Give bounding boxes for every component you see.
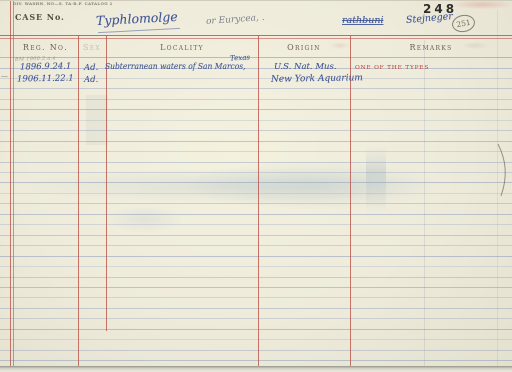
ruled-line	[0, 99, 512, 100]
red-smudge	[452, 0, 512, 9]
row2-margin-mark: —	[1, 72, 8, 80]
row1-locality: Subterranean waters of San Marcos,	[105, 62, 246, 71]
column-line-remarks	[350, 35, 351, 366]
margin-line-1	[10, 0, 11, 366]
ruled-line	[0, 318, 512, 319]
ruled-line	[0, 350, 512, 351]
ruled-line	[0, 329, 512, 330]
ruled-line	[0, 256, 512, 257]
row2-reg-no: 1906.11.22.1	[17, 74, 74, 85]
ruled-line	[0, 151, 512, 152]
faint-vertical-line	[424, 40, 425, 366]
row1-remarks: ONE OF THE TYPES	[355, 65, 429, 71]
ruled-line	[0, 339, 512, 340]
row2-sex: Ad.	[84, 75, 98, 85]
ruled-line	[0, 308, 512, 309]
header-reg-no: Reg. No.	[13, 43, 78, 52]
card-top-edge	[0, 0, 512, 1]
header-sex: Sex	[78, 43, 106, 52]
card-bottom-edge	[0, 366, 512, 372]
header-origin: Origin	[258, 43, 350, 52]
ruled-line	[0, 235, 512, 236]
column-line-sex	[78, 35, 79, 366]
ruled-line	[0, 224, 512, 225]
ruled-line	[0, 68, 512, 69]
genus-entry: Typhlomolge	[96, 9, 178, 28]
ruled-line	[0, 141, 512, 142]
ruled-line	[0, 172, 512, 173]
ruled-line	[0, 266, 512, 267]
ruled-line	[0, 193, 512, 194]
species-entry: rathbuni	[342, 15, 384, 26]
catalog-card: DIV. WASHN. NO—S. TA-R.F. CATALOG 2 CASE…	[0, 0, 512, 372]
ruled-line	[0, 203, 512, 204]
ruled-line	[0, 297, 512, 298]
circled-number-value: 251	[456, 18, 472, 29]
ruled-line	[0, 277, 512, 278]
ruled-line	[0, 78, 512, 79]
ruled-line	[0, 287, 512, 288]
author-entry: Stejneger	[406, 11, 454, 26]
column-line-origin	[258, 35, 259, 366]
ruled-line	[0, 120, 512, 121]
hair-mark	[492, 142, 512, 198]
stain	[105, 205, 185, 233]
genus-alt-entry: or Eurycea, .	[206, 13, 265, 27]
circled-number: 251	[451, 13, 477, 34]
printed-form-header: DIV. WASHN. NO—S. TA-R.F. CATALOG 2	[13, 1, 113, 6]
red-rule-top	[0, 35, 512, 36]
header-locality: Locality	[106, 43, 258, 52]
red-rule-top-2	[0, 38, 512, 39]
row1-reg-no: 1896.9.24.1	[20, 62, 72, 73]
ruled-line	[0, 214, 512, 215]
header-remarks: Remarks	[350, 43, 512, 52]
row1-locality-state: Texas	[230, 53, 250, 62]
case-no-label: CASE No.	[15, 12, 65, 22]
row1-sex: Ad.	[84, 63, 98, 73]
header-bottom-line	[0, 57, 512, 58]
genus-underline	[98, 28, 180, 33]
column-line-locality	[106, 35, 107, 331]
ruled-line	[0, 88, 512, 89]
ruled-line	[0, 109, 512, 110]
ruled-line	[0, 182, 512, 183]
ruled-line	[0, 162, 512, 163]
ruled-line	[0, 130, 512, 131]
margin-line-2	[13, 0, 14, 366]
row2-origin: New York Aquarium	[271, 73, 363, 85]
ruled-line	[0, 245, 512, 246]
ruled-line	[0, 360, 512, 361]
row1-origin: U.S. Nat. Mus.	[274, 62, 337, 72]
